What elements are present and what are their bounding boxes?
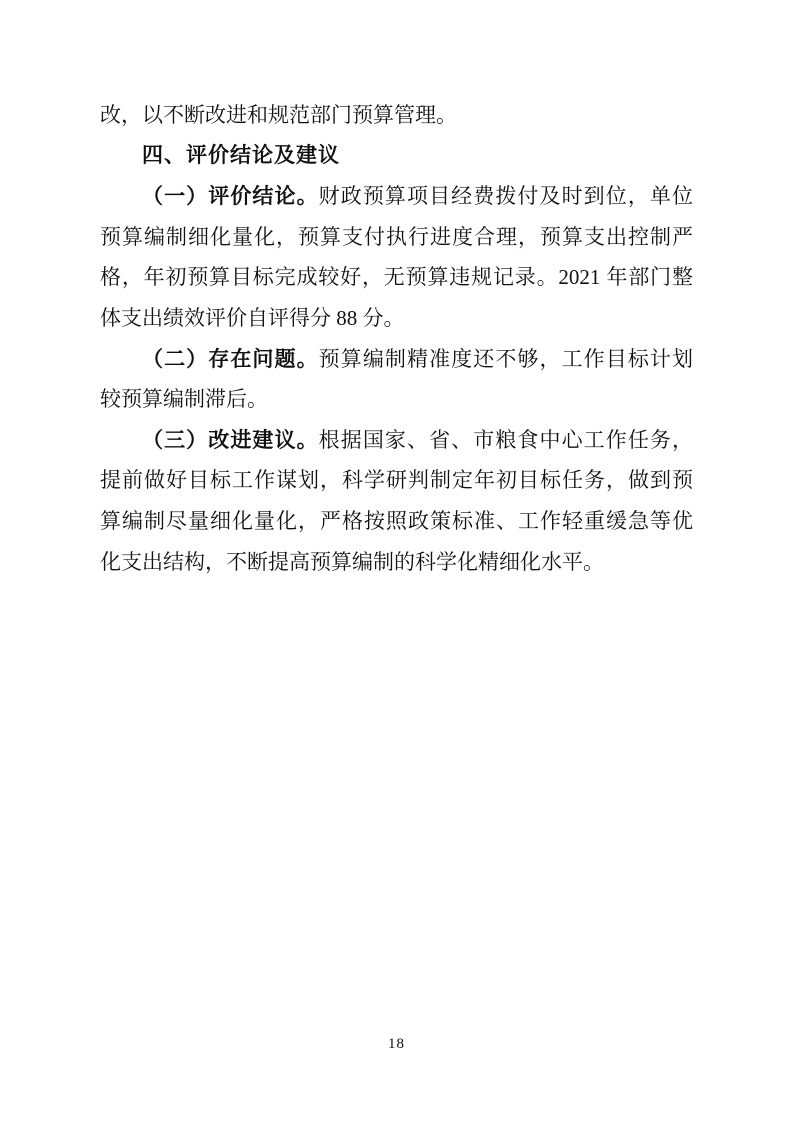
body-line: 体支出绩效评价自评得分 88 分。: [100, 298, 693, 339]
paragraph-first-line: （一）评价结论。财政预算项目经费拨付及时到位，单位: [100, 176, 693, 217]
paragraph-first-line: （三）改进建议。根据国家、省、市粮食中心工作任务，: [100, 420, 693, 461]
body-line: 格，年初预算目标完成较好，无预算违规记录。2021 年部门整: [100, 257, 693, 298]
paragraph-lead: （一）评价结论。: [142, 184, 319, 208]
document-page: 改，以不断改进和规范部门预算管理。 四、评价结论及建议 （一）评价结论。财政预算…: [0, 0, 793, 1122]
body-line: 化支出结构，不断提高预算编制的科学化精细化水平。: [100, 542, 693, 583]
body-line-text: 预算编制精准度还不够，工作目标计划: [319, 347, 693, 371]
body-line: 较预算编制滞后。: [100, 379, 693, 420]
body-line: 提前做好目标工作谋划，科学研判制定年初目标任务，做到预: [100, 460, 693, 501]
page-number: 18: [0, 1036, 793, 1053]
paragraph-first-line: （二）存在问题。预算编制精准度还不够，工作目标计划: [100, 339, 693, 380]
body-line: 算编制尽量细化量化，严格按照政策标准、工作轻重缓急等优: [100, 501, 693, 542]
document-body: 改，以不断改进和规范部门预算管理。 四、评价结论及建议 （一）评价结论。财政预算…: [100, 95, 693, 582]
paragraph-lead: （三）改进建议。: [142, 428, 319, 452]
body-line: 改，以不断改进和规范部门预算管理。: [100, 95, 693, 136]
paragraph-lead: （二）存在问题。: [142, 347, 319, 371]
body-line-text: 根据国家、省、市粮食中心工作任务，: [319, 428, 693, 452]
body-line-text: 财政预算项目经费拨付及时到位，单位: [319, 184, 693, 208]
body-line: 预算编制细化量化，预算支付执行进度合理，预算支出控制严: [100, 217, 693, 258]
section-heading: 四、评价结论及建议: [100, 136, 693, 177]
